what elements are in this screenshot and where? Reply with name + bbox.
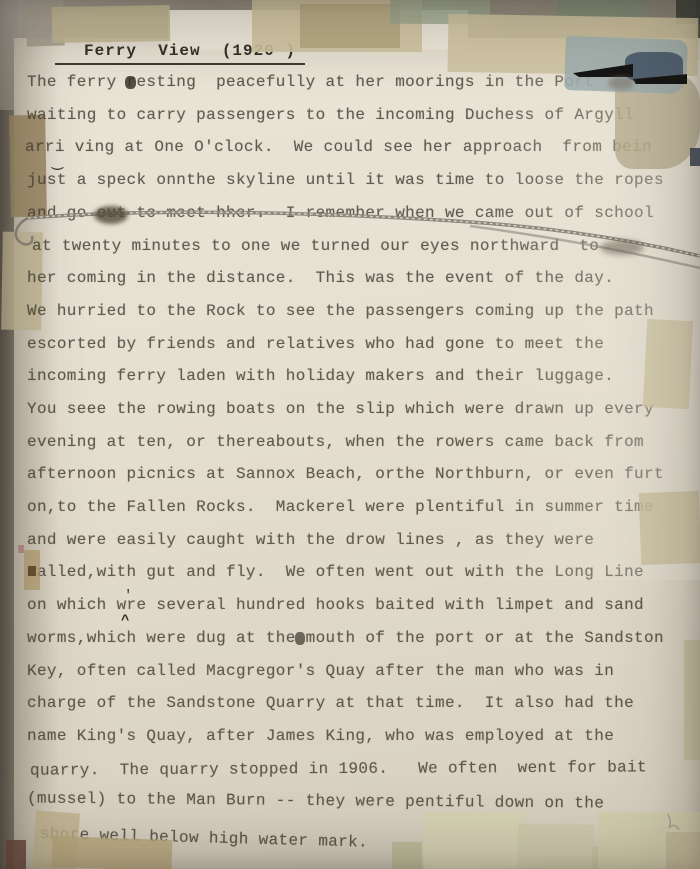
scrapbook-page-photo: Ferry View (1920 ) The ferry resting pea… xyxy=(0,0,700,869)
pencil-scribble xyxy=(0,0,700,869)
